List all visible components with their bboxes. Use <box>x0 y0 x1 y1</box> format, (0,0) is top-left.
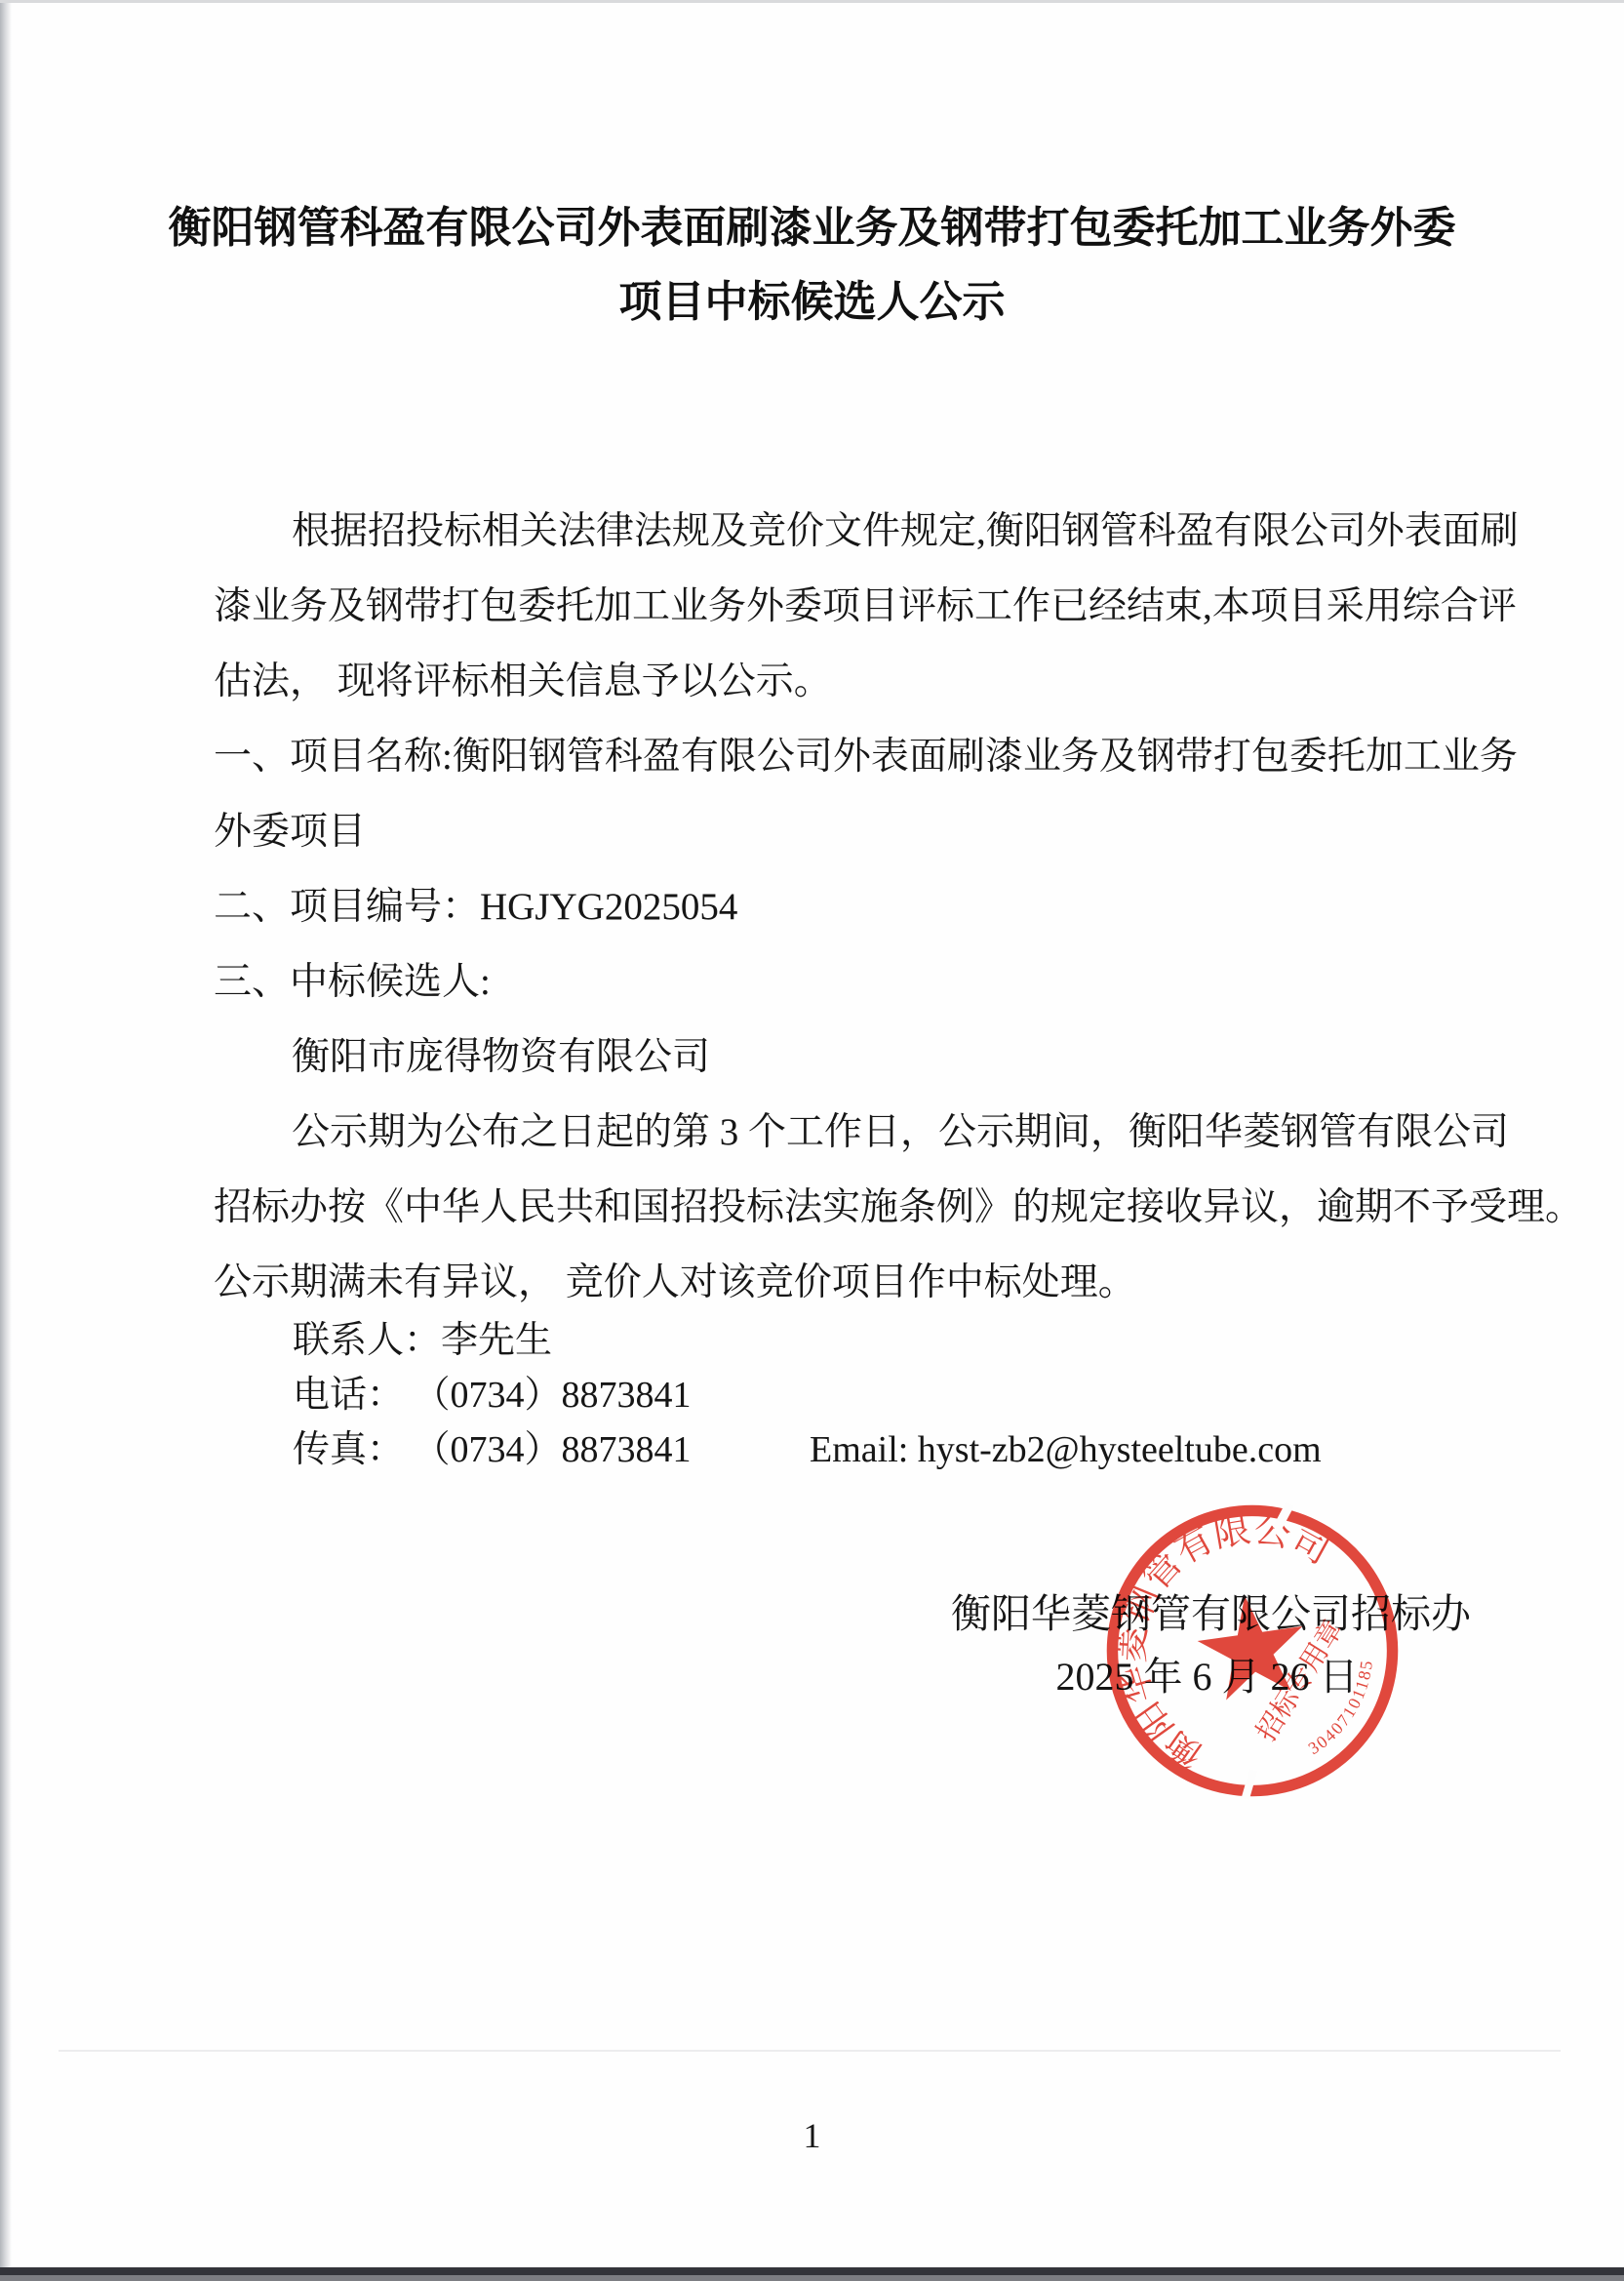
page-number: 1 <box>0 2115 1624 2156</box>
body-line: 外委项目 <box>214 794 1546 869</box>
scan-edge-left <box>0 0 12 2281</box>
contact-fax: 传真： （0734）8873841 <box>293 1429 692 1470</box>
official-seal-stamp: 衡阳华菱钢管有限公司 4304071011852 招标专用章 <box>1100 1499 1405 1803</box>
body-line: 三、中标候选人: <box>214 944 1546 1020</box>
title-line-1: 衡阳钢管科盈有限公司外表面刷漆业务及钢带打包委托加工业务外委 <box>0 191 1624 265</box>
contact-person: 联系人：李先生 <box>293 1313 692 1368</box>
document-page: 衡阳钢管科盈有限公司外表面刷漆业务及钢带打包委托加工业务外委 项目中标候选人公示… <box>0 0 1624 2281</box>
body-line: 公示期满未有异议， 竞价人对该竞价项目作中标处理。 <box>214 1245 1546 1320</box>
document-title: 衡阳钢管科盈有限公司外表面刷漆业务及钢带打包委托加工业务外委 项目中标候选人公示 <box>0 191 1624 340</box>
body-line: 招标办按《中华人民共和国招投标法实施条例》的规定接收异议，逾期不予受理。 <box>214 1170 1546 1245</box>
contact-block: 联系人：李先生 电话： （0734）8873841 传真： （0734）8873… <box>293 1313 692 1477</box>
body-line: 漆业务及钢带打包委托加工业务外委项目评标工作已经结束,本项目采用综合评 <box>214 569 1546 644</box>
contact-fax-line: 传真： （0734）8873841 Email: hyst-zb2@hystee… <box>293 1422 692 1477</box>
scan-edge-bottom-pale <box>0 2275 1624 2281</box>
title-line-2: 项目中标候选人公示 <box>0 265 1624 340</box>
contact-email: Email: hyst-zb2@hysteeltube.com <box>810 1422 1322 1477</box>
body-line: 衡阳市庞得物资有限公司 <box>214 1020 1546 1095</box>
body-line: 一、项目名称:衡阳钢管科盈有限公司外表面刷漆业务及钢带打包委托加工业务 <box>214 719 1546 794</box>
scan-edge-top <box>0 0 1624 3</box>
body-line: 公示期为公布之日起的第 3 个工作日，公示期间，衡阳华菱钢管有限公司 <box>214 1095 1546 1170</box>
body-line: 估法， 现将评标相关信息予以公示。 <box>214 644 1546 719</box>
scan-edge-bottom <box>0 2267 1624 2275</box>
scan-artifact-line <box>59 2050 1561 2052</box>
body-line: 二、项目编号：HGJYG2025054 <box>214 869 1546 944</box>
document-body: 根据招投标相关法律法规及竞价文件规定,衡阳钢管科盈有限公司外表面刷 漆业务及钢带… <box>214 494 1546 1320</box>
body-line: 根据招投标相关法律法规及竞价文件规定,衡阳钢管科盈有限公司外表面刷 <box>214 494 1546 569</box>
contact-phone: 电话： （0734）8873841 <box>293 1368 692 1422</box>
